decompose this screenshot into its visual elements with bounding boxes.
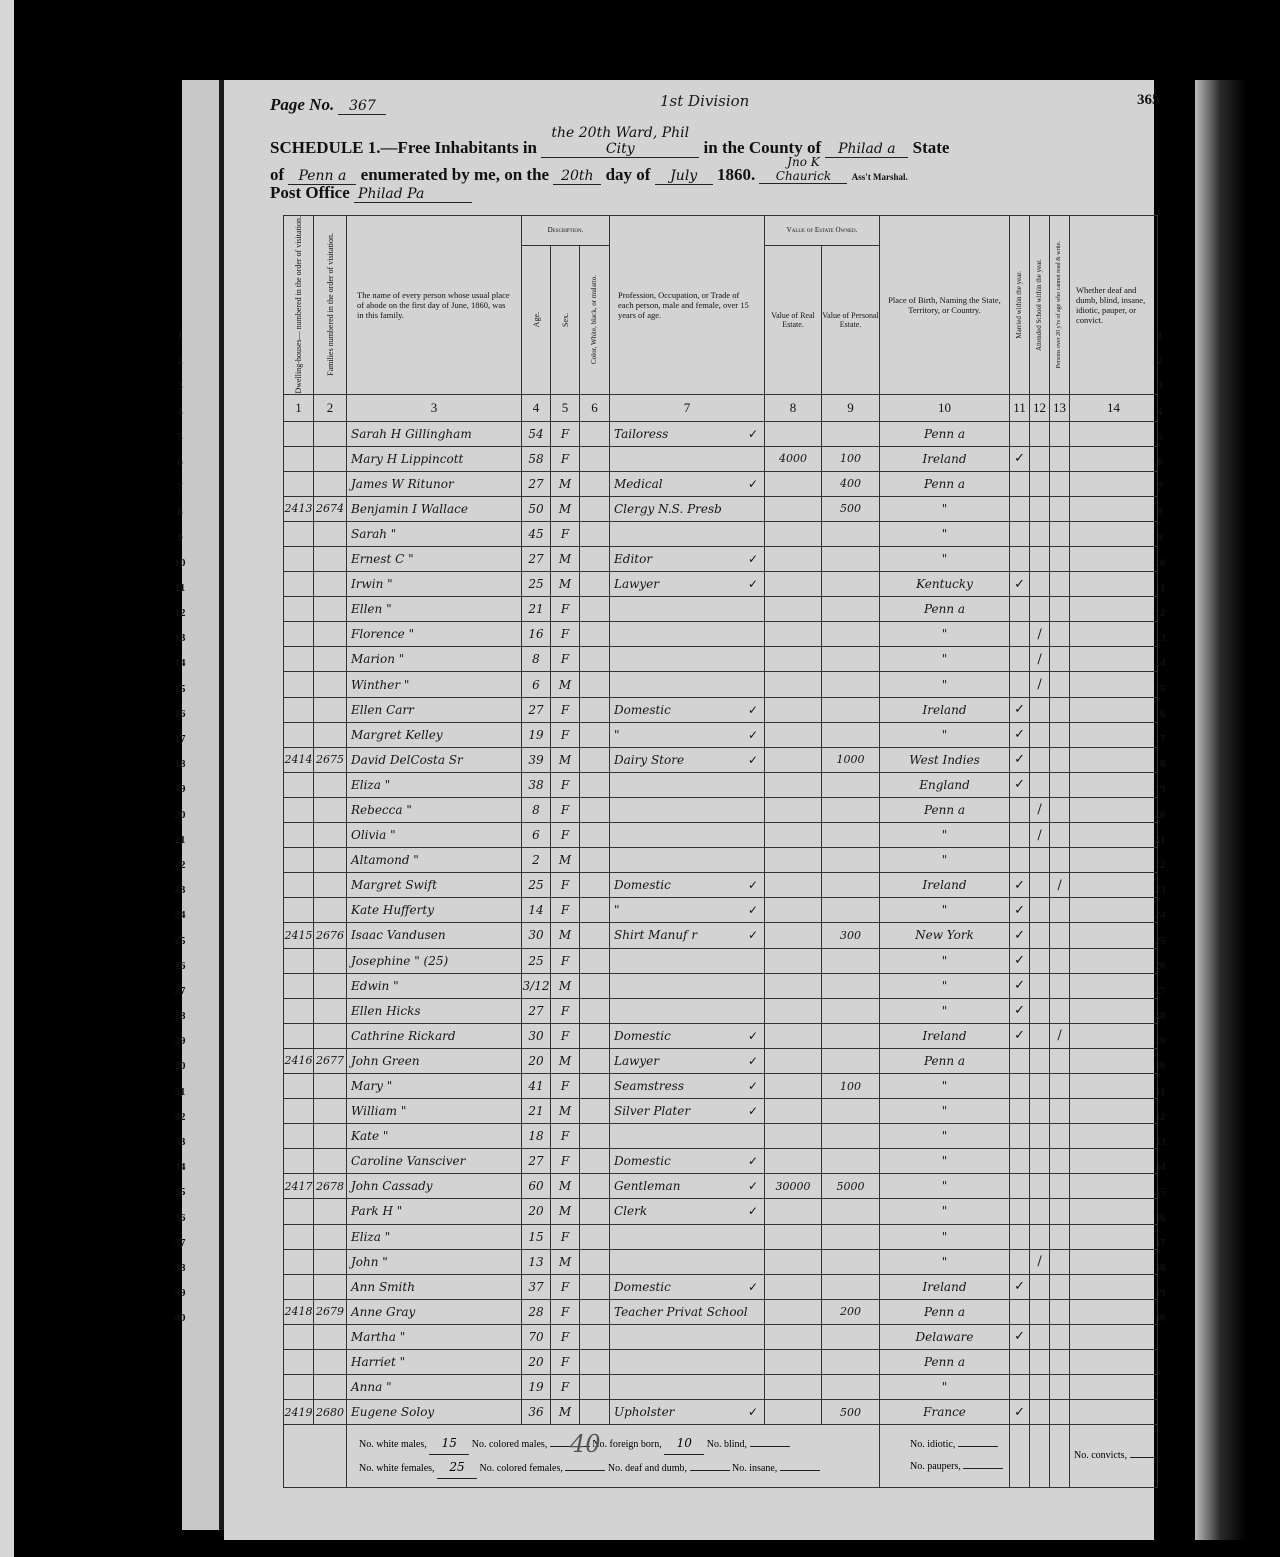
personal-estate-value <box>822 1274 880 1299</box>
sex: F <box>551 1124 580 1149</box>
married-mark: ✓ <box>1010 1023 1030 1048</box>
sex: F <box>551 446 580 471</box>
col-name-header: The name of every person whose usual pla… <box>347 216 522 395</box>
condition <box>1070 496 1158 521</box>
dwelling-number <box>284 572 314 597</box>
birthplace: Penn a <box>880 797 1010 822</box>
illiterate-mark <box>1050 848 1070 873</box>
illiterate-mark <box>1050 1149 1070 1174</box>
color <box>580 1299 610 1324</box>
person-name: Ellen " <box>347 597 522 622</box>
sex: M <box>551 1400 580 1425</box>
school-mark <box>1030 572 1050 597</box>
dwelling-number <box>284 1149 314 1174</box>
color <box>580 521 610 546</box>
age: 27 <box>522 998 551 1023</box>
school-mark <box>1030 1073 1050 1098</box>
color <box>580 547 610 572</box>
left-line-numbers: 1234567891011121314151617181920212223242… <box>170 324 190 1332</box>
schedule-line: SCHEDULE 1.—Free Inhabitants in the 20th… <box>270 125 949 158</box>
dwelling-number: 2414 <box>284 747 314 772</box>
school-mark <box>1030 1048 1050 1073</box>
married-mark: ✓ <box>1010 1274 1030 1299</box>
white-males-label: No. white males, <box>359 1439 427 1450</box>
school-mark <box>1030 1199 1050 1224</box>
census-row: Cathrine Rickard30FDomestic✓Ireland✓/ <box>284 1023 1158 1048</box>
color <box>580 973 610 998</box>
condition <box>1070 923 1158 948</box>
line-number: 9 <box>170 526 190 551</box>
occupation-text: Domestic <box>614 1280 671 1294</box>
person-name: Eugene Soloy <box>347 1400 522 1425</box>
sex: F <box>551 873 580 898</box>
condition <box>1070 1400 1158 1425</box>
census-row: Mary H Lippincott58F4000100Ireland✓ <box>284 446 1158 471</box>
occupation-check-mark: ✓ <box>748 1104 764 1118</box>
age: 36 <box>522 1400 551 1425</box>
census-row: Josephine " (25)25F"✓ <box>284 948 1158 973</box>
age: 8 <box>522 647 551 672</box>
illiterate-mark <box>1050 1224 1070 1249</box>
person-name: Benjamin I Wallace <box>347 496 522 521</box>
sex: F <box>551 1073 580 1098</box>
married-mark <box>1010 1350 1030 1375</box>
occupation-check-mark: ✓ <box>748 552 764 566</box>
family-number: 2679 <box>314 1299 347 1324</box>
personal-estate-value <box>822 1350 880 1375</box>
family-number <box>314 1073 347 1098</box>
real-estate-value <box>765 622 822 647</box>
personal-estate-value <box>822 973 880 998</box>
dwelling-number <box>284 1124 314 1149</box>
married-mark: ✓ <box>1010 973 1030 998</box>
color <box>580 747 610 772</box>
occupation <box>610 1249 765 1274</box>
occupation: Upholster✓ <box>610 1400 765 1425</box>
real-estate-value: 4000 <box>765 446 822 471</box>
occupation-text: Teacher Privat School <box>614 1305 748 1319</box>
birthplace: " <box>880 848 1010 873</box>
real-estate-value <box>765 1149 822 1174</box>
condition <box>1070 1023 1158 1048</box>
family-number <box>314 1324 347 1349</box>
census-row: Kate Hufferty14F"✓"✓ <box>284 898 1158 923</box>
census-row: Winther "6M"/ <box>284 672 1158 697</box>
birthplace: England <box>880 772 1010 797</box>
occupation <box>610 823 765 848</box>
married-mark <box>1010 1174 1030 1199</box>
color <box>580 647 610 672</box>
birthplace: Penn a <box>880 1299 1010 1324</box>
color <box>580 772 610 797</box>
married-mark <box>1010 547 1030 572</box>
real-estate-value <box>765 521 822 546</box>
age: 30 <box>522 1023 551 1048</box>
real-estate-value <box>765 572 822 597</box>
married-mark <box>1010 1099 1030 1124</box>
color <box>580 1400 610 1425</box>
sex: F <box>551 622 580 647</box>
line-number: 36 <box>170 1206 190 1231</box>
birthplace: " <box>880 998 1010 1023</box>
occupation-text: Shirt Manuf r <box>614 928 697 942</box>
school-mark <box>1030 521 1050 546</box>
illiterate-mark <box>1050 446 1070 471</box>
column-number-4: 4 <box>522 394 551 421</box>
occupation: Gentleman✓ <box>610 1174 765 1199</box>
age: 18 <box>522 1124 551 1149</box>
occupation: Domestic✓ <box>610 1023 765 1048</box>
illiterate-mark <box>1050 1048 1070 1073</box>
person-name: William " <box>347 1099 522 1124</box>
column-number-3: 3 <box>347 394 522 421</box>
dwelling-number <box>284 772 314 797</box>
census-row: Edwin "3/12M"✓ <box>284 973 1158 998</box>
color <box>580 421 610 446</box>
age: 54 <box>522 421 551 446</box>
personal-estate-value: 200 <box>822 1299 880 1324</box>
occupation-text: Clergy N.S. Presb <box>614 502 722 516</box>
dwelling-number <box>284 1023 314 1048</box>
illiterate-mark <box>1050 998 1070 1023</box>
birthplace: " <box>880 1199 1010 1224</box>
personal-estate-value: 5000 <box>822 1174 880 1199</box>
census-row: James W Ritunor27MMedical✓400Penn a <box>284 471 1158 496</box>
census-row: Caroline Vansciver27FDomestic✓" <box>284 1149 1158 1174</box>
color <box>580 446 610 471</box>
column-number-row: 1234567891011121314 <box>284 394 1158 421</box>
line-number: 5 <box>170 425 190 450</box>
pencil-tally-note: 40 <box>570 1430 601 1458</box>
census-row: Ellen Carr27FDomestic✓Ireland✓ <box>284 697 1158 722</box>
post-office-label: Post Office <box>270 183 350 202</box>
family-number <box>314 1023 347 1048</box>
birthplace: " <box>880 1224 1010 1249</box>
line-number: 30 <box>170 1054 190 1079</box>
census-row: Eliza "38FEngland✓ <box>284 772 1158 797</box>
illiterate-mark <box>1050 471 1070 496</box>
line-number: 17 <box>170 727 190 752</box>
school-mark <box>1030 1149 1050 1174</box>
occupation-text: Gentleman <box>614 1179 680 1193</box>
real-estate-value <box>765 722 822 747</box>
age: 15 <box>522 1224 551 1249</box>
sex: F <box>551 948 580 973</box>
married-mark: ✓ <box>1010 948 1030 973</box>
family-number <box>314 823 347 848</box>
personal-estate-value <box>822 1199 880 1224</box>
married-mark <box>1010 471 1030 496</box>
real-estate-value <box>765 1350 822 1375</box>
married-mark <box>1010 647 1030 672</box>
occupation-check-mark: ✓ <box>748 577 764 591</box>
illiterate-mark <box>1050 923 1070 948</box>
column-number-7: 7 <box>610 394 765 421</box>
family-number <box>314 647 347 672</box>
personal-estate-value <box>822 722 880 747</box>
birthplace: " <box>880 1099 1010 1124</box>
illiterate-mark <box>1050 1274 1070 1299</box>
occupation-text: " <box>614 903 620 917</box>
occupation <box>610 1375 765 1400</box>
line-number: 12 <box>170 601 190 626</box>
dwelling-number: 2416 <box>284 1048 314 1073</box>
occupation <box>610 1124 765 1149</box>
real-estate-value <box>765 823 822 848</box>
family-number <box>314 1249 347 1274</box>
personal-estate-value <box>822 647 880 672</box>
dwelling-number <box>284 848 314 873</box>
real-estate-value <box>765 1274 822 1299</box>
dwelling-number: 2417 <box>284 1174 314 1199</box>
person-name: John Green <box>347 1048 522 1073</box>
age: 38 <box>522 772 551 797</box>
family-number: 2676 <box>314 923 347 948</box>
person-name: Margret Swift <box>347 873 522 898</box>
condition <box>1070 622 1158 647</box>
family-number <box>314 1274 347 1299</box>
family-number <box>314 1149 347 1174</box>
census-row: Margret Swift25FDomestic✓Ireland✓/ <box>284 873 1158 898</box>
census-row: Sarah "45F" <box>284 521 1158 546</box>
sex: F <box>551 998 580 1023</box>
occupation <box>610 1224 765 1249</box>
dwelling-number: 2413 <box>284 496 314 521</box>
illiterate-mark <box>1050 1350 1070 1375</box>
school-mark <box>1030 446 1050 471</box>
real-estate-value <box>765 1324 822 1349</box>
real-estate-value <box>765 471 822 496</box>
school-mark <box>1030 1400 1050 1425</box>
personal-estate-value <box>822 1023 880 1048</box>
family-number <box>314 1375 347 1400</box>
census-row: Ann Smith37FDomestic✓Ireland✓ <box>284 1274 1158 1299</box>
real-estate-value <box>765 923 822 948</box>
sex: F <box>551 722 580 747</box>
personal-estate-value: 100 <box>822 1073 880 1098</box>
line-number: 13 <box>170 626 190 651</box>
illiterate-mark <box>1050 521 1070 546</box>
line-number: 40 <box>170 1306 190 1331</box>
school-mark <box>1030 873 1050 898</box>
school-mark <box>1030 1350 1050 1375</box>
division-label: 1st Division <box>660 92 749 110</box>
real-estate-value <box>765 848 822 873</box>
birthplace: " <box>880 672 1010 697</box>
occupation-check-mark: ✓ <box>748 878 764 892</box>
married-mark <box>1010 421 1030 446</box>
school-mark: / <box>1030 1249 1050 1274</box>
age: 20 <box>522 1048 551 1073</box>
condition <box>1070 1375 1158 1400</box>
real-estate-value <box>765 998 822 1023</box>
line-number: 27 <box>170 979 190 1004</box>
color <box>580 1274 610 1299</box>
condition <box>1070 471 1158 496</box>
real-estate-value <box>765 948 822 973</box>
family-number: 2678 <box>314 1174 347 1199</box>
illiterate-mark <box>1050 1099 1070 1124</box>
person-name: Sarah H Gillingham <box>347 421 522 446</box>
paupers-value <box>963 1468 1003 1469</box>
census-rows: Sarah H Gillingham54FTailoress✓Penn aMar… <box>284 421 1158 1425</box>
sex: F <box>551 697 580 722</box>
school-mark <box>1030 848 1050 873</box>
person-name: Harriet " <box>347 1350 522 1375</box>
real-estate-value <box>765 496 822 521</box>
age: 21 <box>522 597 551 622</box>
occupation: Clergy N.S. Presb <box>610 496 765 521</box>
sex: F <box>551 823 580 848</box>
color <box>580 572 610 597</box>
occupation-check-mark: ✓ <box>748 1154 764 1168</box>
census-row: 24172678John Cassady60MGentleman✓3000050… <box>284 1174 1158 1199</box>
condition <box>1070 1124 1158 1149</box>
occupation-check-mark: ✓ <box>748 1079 764 1093</box>
dwelling-number: 2415 <box>284 923 314 948</box>
dwelling-number: 2419 <box>284 1400 314 1425</box>
age: 16 <box>522 622 551 647</box>
age: 14 <box>522 898 551 923</box>
illiterate-mark <box>1050 747 1070 772</box>
family-number <box>314 1124 347 1149</box>
foreign-born-value: 10 <box>664 1432 704 1455</box>
occupation <box>610 647 765 672</box>
real-estate-value <box>765 973 822 998</box>
personal-estate-value <box>822 1048 880 1073</box>
condition <box>1070 547 1158 572</box>
occupation-check-mark: ✓ <box>748 753 764 767</box>
occupation <box>610 521 765 546</box>
summary-middle: No. idiotic, No. paupers, <box>880 1425 1010 1488</box>
sex: M <box>551 1099 580 1124</box>
column-number-12: 12 <box>1030 394 1050 421</box>
dwelling-number <box>284 1375 314 1400</box>
real-estate-value <box>765 1099 822 1124</box>
summary-right: No. convicts, <box>1070 1425 1158 1488</box>
real-estate-value: 30000 <box>765 1174 822 1199</box>
sex: M <box>551 1249 580 1274</box>
birthplace: Delaware <box>880 1324 1010 1349</box>
personal-estate-value <box>822 521 880 546</box>
census-row: 24132674Benjamin I Wallace50MClergy N.S.… <box>284 496 1158 521</box>
condition <box>1070 1224 1158 1249</box>
occupation-text: Editor <box>614 552 652 566</box>
column-number-1: 1 <box>284 394 314 421</box>
real-estate-value <box>765 421 822 446</box>
census-row: Park H "20MClerk✓" <box>284 1199 1158 1224</box>
occupation-text: Silver Plater <box>614 1104 690 1118</box>
occupation-text: Seamstress <box>614 1079 684 1093</box>
occupation <box>610 597 765 622</box>
dwelling-number <box>284 1350 314 1375</box>
married-mark: ✓ <box>1010 772 1030 797</box>
color <box>580 998 610 1023</box>
condition <box>1070 797 1158 822</box>
line-number: 22 <box>170 853 190 878</box>
birthplace: Penn a <box>880 1048 1010 1073</box>
color <box>580 898 610 923</box>
condition <box>1070 1324 1158 1349</box>
real-estate-value <box>765 1224 822 1249</box>
dwelling-number <box>284 471 314 496</box>
line-number: 35 <box>170 1180 190 1205</box>
page-number-line: Page No. 367 <box>270 95 386 115</box>
occupation-check-mark: ✓ <box>748 903 764 917</box>
occupation: Medical✓ <box>610 471 765 496</box>
married-mark: ✓ <box>1010 572 1030 597</box>
column-number-6: 6 <box>580 394 610 421</box>
birthplace: " <box>880 1249 1010 1274</box>
line-number: 10 <box>170 551 190 576</box>
family-number <box>314 1199 347 1224</box>
family-number <box>314 898 347 923</box>
person-name: Josephine " (25) <box>347 948 522 973</box>
marshal-label: Ass't Marshal. <box>852 172 908 182</box>
age: 28 <box>522 1299 551 1324</box>
sex: M <box>551 672 580 697</box>
blind-label: No. blind, <box>707 1439 747 1450</box>
real-estate-value <box>765 1375 822 1400</box>
line-number: 24 <box>170 903 190 928</box>
family-number <box>314 446 347 471</box>
idiotic-label: No. idiotic, <box>910 1439 955 1450</box>
col-family-header: Families numbered in the order of visita… <box>314 216 347 395</box>
occupation-check-mark: ✓ <box>748 1405 764 1419</box>
age: 20 <box>522 1350 551 1375</box>
personal-estate-value <box>822 898 880 923</box>
page-label: Page No. <box>270 95 334 114</box>
age: 27 <box>522 471 551 496</box>
age: 21 <box>522 1099 551 1124</box>
occupation-check-mark: ✓ <box>748 1029 764 1043</box>
enumerated-label: enumerated by me, on the <box>361 165 549 184</box>
col-personal-estate-header: Value of Personal Estate. <box>822 245 880 394</box>
census-row: 24192680Eugene Soloy36MUpholster✓500Fran… <box>284 1400 1158 1425</box>
real-estate-value <box>765 772 822 797</box>
line-number: 39 <box>170 1281 190 1306</box>
age: 8 <box>522 797 551 822</box>
illiterate-mark <box>1050 898 1070 923</box>
color <box>580 1023 610 1048</box>
school-mark <box>1030 898 1050 923</box>
personal-estate-value <box>822 873 880 898</box>
condition <box>1070 697 1158 722</box>
family-number <box>314 772 347 797</box>
color <box>580 848 610 873</box>
condition <box>1070 572 1158 597</box>
occupation: Tailoress✓ <box>610 421 765 446</box>
school-mark <box>1030 421 1050 446</box>
occupation-text: Tailoress <box>614 427 668 441</box>
person-name: Mary H Lippincott <box>347 446 522 471</box>
binding-fold <box>219 80 224 1530</box>
post-office-line: Post Office Philad Pa <box>270 183 472 203</box>
occupation-check-mark: ✓ <box>748 1204 764 1218</box>
occupation: Lawyer✓ <box>610 572 765 597</box>
occupation-text: Dairy Store <box>614 753 684 767</box>
column-number-9: 9 <box>822 394 880 421</box>
occupation <box>610 1324 765 1349</box>
birthplace: West Indies <box>880 747 1010 772</box>
age: 70 <box>522 1324 551 1349</box>
personal-estate-value <box>822 1324 880 1349</box>
census-row: Olivia "6F"/ <box>284 823 1158 848</box>
occupation-check-mark: ✓ <box>748 1280 764 1294</box>
married-mark: ✓ <box>1010 697 1030 722</box>
dwelling-number <box>284 421 314 446</box>
color <box>580 1324 610 1349</box>
